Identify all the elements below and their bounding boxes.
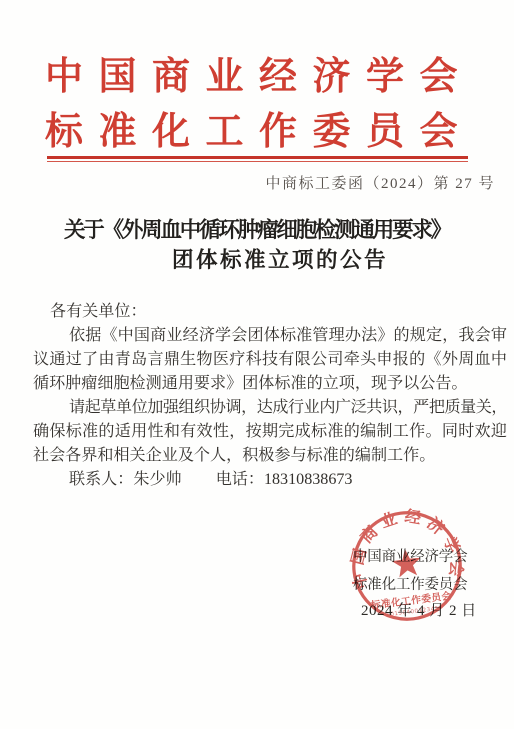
- notice-title-line1: 关于《外周血中循环肿瘤细胞检测通用要求》: [0, 215, 514, 245]
- notice-body: 各有关单位： 依据《中国商业经济学会团体标准管理办法》的规定，我会审 议通过了由…: [33, 300, 507, 492]
- paragraph1-line1: 依据《中国商业经济学会团体标准管理办法》的规定，我会审: [33, 324, 507, 348]
- paragraph1-line2: 议通过了由青岛言鼎生物医疗科技有限公司牵头申报的《外周血中: [33, 348, 507, 372]
- notice-title-line2: 团体标准立项的公告: [0, 245, 514, 275]
- contact-line: 联系人：朱少帅 电话：18310838673: [33, 468, 507, 492]
- seal-arc-text: 中国商业经济学会: [343, 502, 469, 597]
- seal-star-icon: [391, 547, 423, 578]
- paragraph1-line3: 循环肿瘤细胞检测通用要求》团体标准的立项，现予以公告。: [33, 372, 507, 396]
- contact-person: 联系人：朱少帅: [69, 471, 182, 488]
- official-seal: 中国商业经济学会 标准化工作委员会 1015040012345: [343, 502, 470, 629]
- paragraph2-line1: 请起草单位加强组织协调，达成行业内广泛共识，严把质量关，: [33, 396, 507, 420]
- paragraph2-line3: 社会各界和相关企业及个人，积极参与标准的编制工作。: [33, 444, 507, 468]
- letterhead-org-line2: 标准化工作委员会: [45, 105, 485, 160]
- letterhead: 中国商业经济学会 标准化工作委员会: [45, 50, 485, 160]
- paragraph2-line2: 确保标准的适用性和有效性，按期完成标准的编制工作。同时欢迎: [33, 420, 507, 444]
- official-notice-document: 中国商业经济学会 标准化工作委员会 中商标工委函（2024）第 27 号 关于《…: [0, 0, 514, 729]
- letterhead-org-line1: 中国商业经济学会: [45, 50, 485, 105]
- letterhead-divider-rule: [47, 156, 468, 162]
- doc-number: 中商标工委函（2024）第 27 号: [265, 172, 495, 193]
- contact-phone: 电话：18310838673: [216, 471, 353, 488]
- salutation: 各有关单位：: [33, 300, 507, 324]
- seal-graphic: 中国商业经济学会 标准化工作委员会 1015040012345: [343, 502, 470, 629]
- notice-title: 关于《外周血中循环肿瘤细胞检测通用要求》 团体标准立项的公告: [0, 215, 514, 275]
